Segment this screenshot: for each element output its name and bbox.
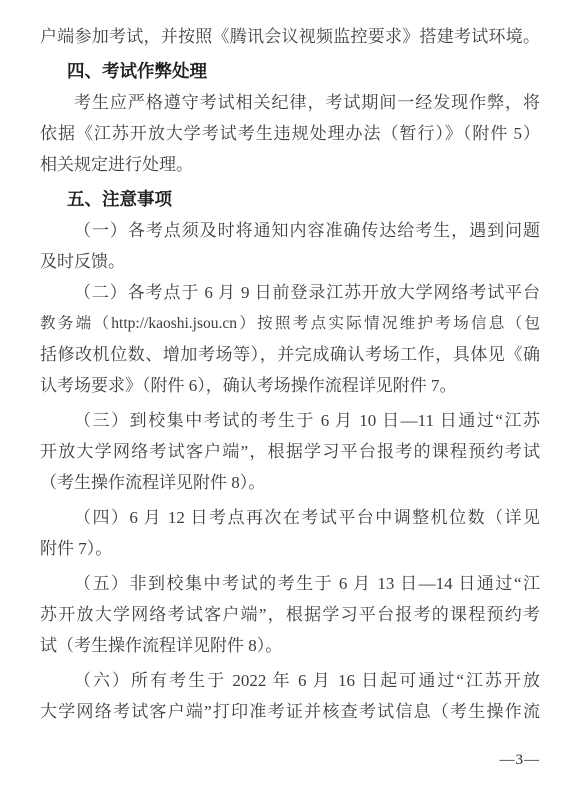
text-line: （五）非到校集中考试的考生于 6 月 13 日—14 日通过“江 [40, 568, 540, 599]
text-line: 开放大学网络考试客户端”，根据学习平台报考的课程预约考试 [40, 436, 540, 467]
page-number: —3— [40, 750, 540, 770]
text-line: 认考场要求》（附件 6），确认考场操作流程详见附件 7。 [40, 370, 540, 401]
text-line: （考生操作流程详见附件 8）。 [40, 467, 540, 498]
text-line: 及时反馈。 [40, 246, 540, 277]
text-line: 苏开放大学网络考试客户端”，根据学习平台报考的课程预约考 [40, 599, 540, 630]
text-line: 附件 7）。 [40, 533, 540, 564]
text-line: （三）到校集中考试的考生于 6 月 10 日—11 日通过“江苏 [40, 405, 540, 436]
text-line: 括修改机位数、增加考场等），并完成确认考场工作，具体见《确 [40, 339, 540, 370]
text-line: （二）各考点于 6 月 9 日前登录江苏开放大学网络考试平台 [40, 277, 540, 308]
text-line: 教务端（http://kaoshi.jsou.cn）按照考点实际情况维护考场信息… [40, 308, 540, 339]
text-line: 试（考生操作流程详见附件 8）。 [40, 630, 540, 661]
text-line: （六）所有考生于 2022 年 6 月 16 日起可通过“江苏开放 [40, 665, 540, 696]
section-heading: 五、注意事项 [40, 184, 540, 215]
text-line: 相关规定进行处理。 [40, 149, 540, 180]
text-line: 大学网络考试客户端”打印准考证并核查考试信息（考生操作流 [40, 696, 540, 727]
text-line: （四）6 月 12 日考点再次在考试平台中调整机位数（详见 [40, 502, 540, 533]
text-line: 考生应严格遵守考试相关纪律，考试期间一经发现作弊，将 [40, 87, 540, 118]
text-line: （一）各考点须及时将通知内容准确传达给考生，遇到问题 [40, 215, 540, 246]
text-line: 户端参加考试，并按照《腾讯会议视频监控要求》搭建考试环境。 [40, 21, 540, 52]
section-heading: 四、考试作弊处理 [40, 56, 540, 87]
document-page: 户端参加考试，并按照《腾讯会议视频监控要求》搭建考试环境。四、考试作弊处理考生应… [0, 0, 575, 800]
document-body: 户端参加考试，并按照《腾讯会议视频监控要求》搭建考试环境。四、考试作弊处理考生应… [40, 21, 540, 727]
text-line: 依据《江苏开放大学考试考生违规处理办法（暂行）》（附件 5） [40, 118, 540, 149]
